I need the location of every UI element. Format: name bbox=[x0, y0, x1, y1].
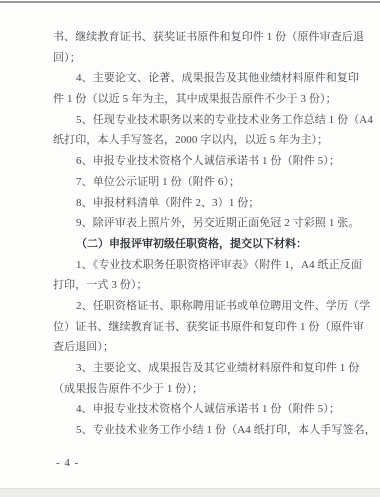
section-heading: （二）申报评审初级任职资格，提交以下材料： bbox=[53, 234, 355, 255]
document-text-line: 件 1 份（以近 5 年为主，其中成果报告原件不少于 3 份）； bbox=[53, 89, 355, 110]
page-number: - 4 - bbox=[56, 456, 79, 470]
document-text-line: 5、专业技术业务工作小结 1 份（A4 纸打印，本人手写签名， bbox=[53, 420, 355, 441]
scan-top-edge bbox=[0, 1, 380, 3]
page-text-block: 书、继续教育证书、获奖证书原件和复印件 1 份（原件审查后退回）；4、主要论文、… bbox=[53, 27, 355, 441]
document-text-line: 1、《专业技术职务任职资格评审表》（附件 1，A4 纸正反面 bbox=[53, 255, 355, 276]
document-text-line: 9、除评审表上照片外，另交近期正面免冠 2 寸彩照 1 张。 bbox=[53, 213, 355, 234]
scan-bottom-shadow bbox=[0, 488, 380, 497]
document-text-line: 位）证书、继续教育证书、获奖证书原件和复印件 1 份（原件审 bbox=[53, 317, 355, 338]
document-text-line: 回）； bbox=[53, 48, 355, 69]
document-text-line: （成果报告原件不少于 1 份）； bbox=[53, 379, 355, 400]
document-text-line: 7、单位公示证明 1 份（附件 6）； bbox=[53, 172, 355, 193]
document-text-line: 4、主要论文、论著、成果报告及其他业绩材料原件和复印 bbox=[53, 68, 355, 89]
document-text-line: 书、继续教育证书、获奖证书原件和复印件 1 份（原件审查后退 bbox=[53, 27, 355, 48]
document-text-line: 3、主要论文、成果报告及其它业绩材料原件和复印件 1 份 bbox=[53, 358, 355, 379]
document-text-line: 纸打印，本人手写签名，2000 字以内，以近 5 年为主）； bbox=[53, 130, 355, 151]
document-text-line: 打印，一式 3 份）； bbox=[53, 275, 355, 296]
document-text-line: 4、申报专业技术资格个人诚信承诺书 1 份（附件 5）； bbox=[53, 399, 355, 420]
document-text-line: 5、任现专业技术职务以来的专业技术业务工作总结 1 份（A4 bbox=[53, 110, 355, 131]
document-text-line: 查后退回）； bbox=[53, 337, 355, 358]
scanned-document-page: { "document": { "page_number": "- 4 -", … bbox=[0, 0, 380, 497]
document-text-line: 2、任职资格证书、职称聘用证书或单位聘用文件、学历（学 bbox=[53, 296, 355, 317]
document-text-line: 8、申报材料清单（附件 2、3）1 份； bbox=[53, 193, 355, 214]
document-text-line: 6、申报专业技术资格个人诚信承诺书 1 份（附件 5）； bbox=[53, 151, 355, 172]
